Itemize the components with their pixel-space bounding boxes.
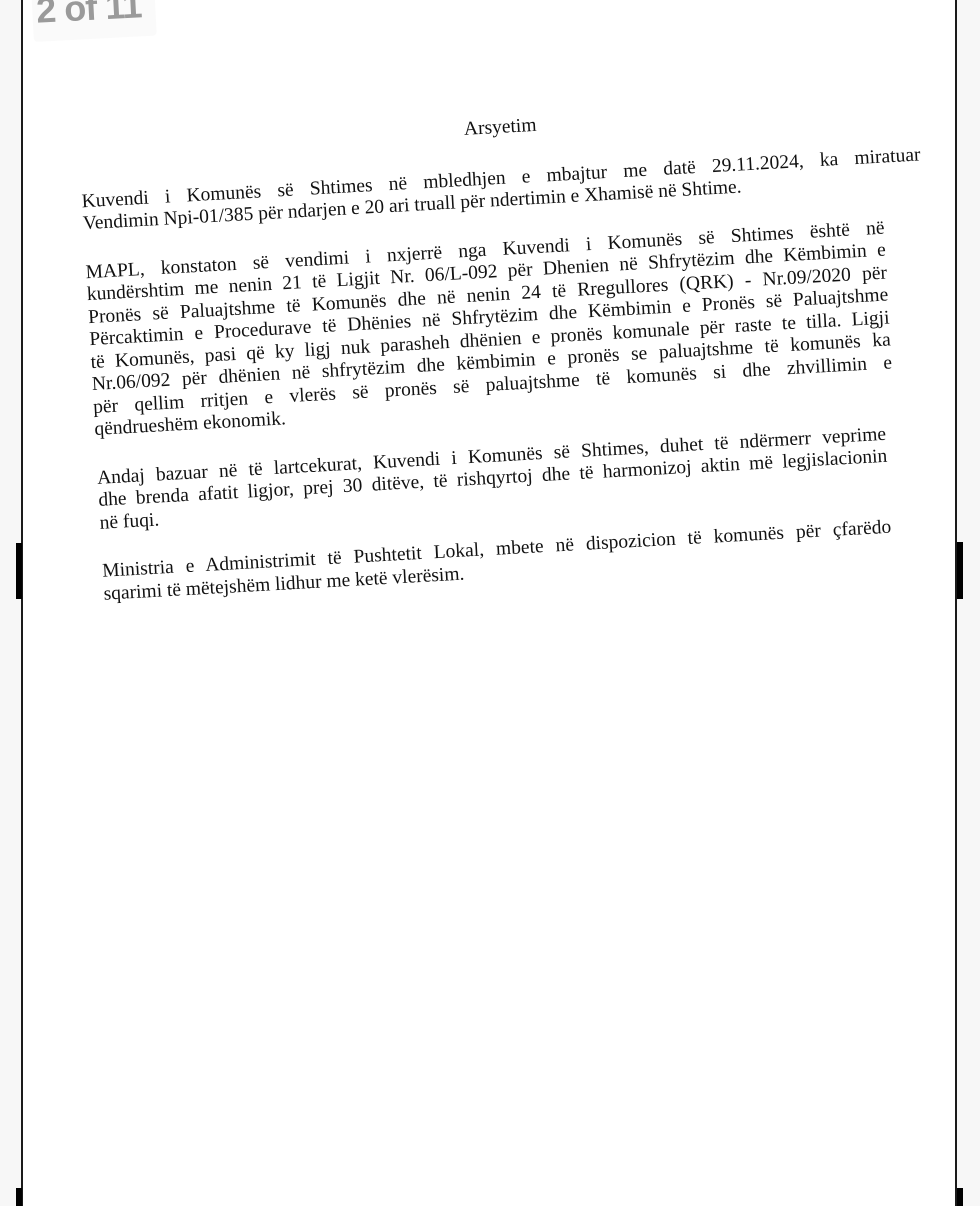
document-viewer: 2 of 11 Arsyetim Kuvendi i Komunës së Sh… xyxy=(0,0,980,1206)
scanned-letter: Arsyetim Kuvendi i Komunës së Shtimes në… xyxy=(78,94,944,632)
right-page-edge-marker xyxy=(957,542,963,599)
right-page-bottom-marker xyxy=(957,1188,963,1206)
paragraph-ministry-note: Ministria e Administrimit të Pushtetit L… xyxy=(102,517,893,606)
document-page[interactable]: 2 of 11 Arsyetim Kuvendi i Komunës së Sh… xyxy=(21,0,957,1206)
left-page-bottom-marker xyxy=(16,1188,22,1206)
paragraph-mapl-finding: MAPL, konstaton së vendimi i nxjerrë nga… xyxy=(85,217,894,441)
page-indicator: 2 of 11 xyxy=(31,0,157,42)
paragraph-required-action: Andaj bazuar në të lartcekurat, Kuvendi … xyxy=(97,423,890,534)
left-page-edge-marker xyxy=(16,543,22,599)
